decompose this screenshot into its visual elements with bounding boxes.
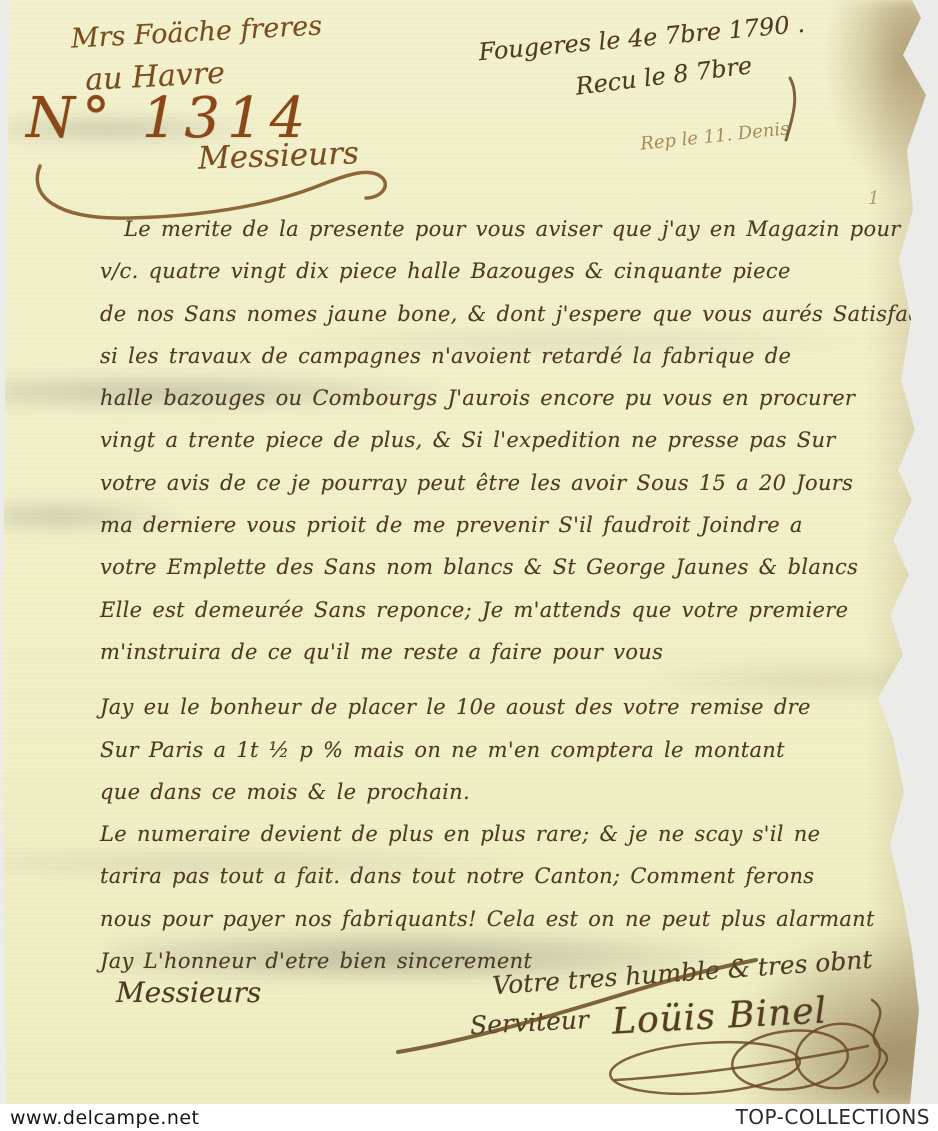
body-line: si les travaux de campagnes n'avoient re… (100, 335, 938, 377)
body-line: Le numeraire devient de plus en plus rar… (100, 813, 938, 855)
closing-salutation: Messieurs (116, 976, 261, 1009)
watermark-strip: www.delcampe.net TOP-COLLECTIONS (0, 1104, 938, 1131)
signature: Loüis Binel (611, 990, 828, 1042)
body-line: ma derniere vous prioit de me prevenir S… (100, 504, 938, 546)
letter-body: Le merite de la presente pour vous avise… (100, 208, 938, 982)
letter-scan: Mrs Foäche freres au Havre N° 1314 Fouge… (0, 0, 938, 1131)
watermark-left: www.delcampe.net (10, 1107, 200, 1129)
corner-stain (828, 0, 938, 190)
watermark-right: TOP-COLLECTIONS (736, 1105, 930, 1129)
body-line: Elle est demeurée Sans reponce; Je m'att… (100, 589, 938, 631)
body-line: votre Emplette des Sans nom blancs & St … (100, 546, 938, 588)
body-line: v/c. quatre vingt dix piece halle Bazoug… (100, 250, 938, 292)
body-line: nous pour payer nos fabriquants! Cela es… (100, 898, 938, 940)
received-note: Recu le 8 7bre (574, 51, 754, 100)
reply-annotation: Rep le 11. Denis (639, 118, 790, 155)
dateline: Fougeres le 4e 7bre 1790 . (477, 10, 806, 66)
body-line: que dans ce mois & le prochain. (100, 771, 938, 813)
body-line: m'instruira de ce qu'il me reste a faire… (100, 631, 938, 673)
body-line: Sur Paris a 1t ½ p % mais on ne m'en com… (100, 729, 938, 771)
body-line: de nos Sans nomes jaune bone, & dont j'e… (100, 293, 938, 335)
valediction-line: Serviteur (469, 1005, 589, 1040)
body-line: vingt a trente piece de plus, & Si l'exp… (100, 419, 938, 461)
body-line: Le merite de la presente pour vous avise… (100, 208, 938, 250)
body-line: tarira pas tout a fait. dans tout notre … (100, 855, 938, 897)
body-line: Jay eu le bonheur de placer le 10e aoust… (100, 686, 938, 728)
letter-paper: Mrs Foäche freres au Havre N° 1314 Fouge… (0, 0, 938, 1104)
body-line: halle bazouges ou Combourgs J'aurois enc… (100, 377, 938, 419)
page-mark: 1 (868, 188, 879, 209)
body-line: votre avis de ce je pourray peut être le… (100, 462, 938, 504)
salutation: Messieurs (197, 135, 359, 177)
